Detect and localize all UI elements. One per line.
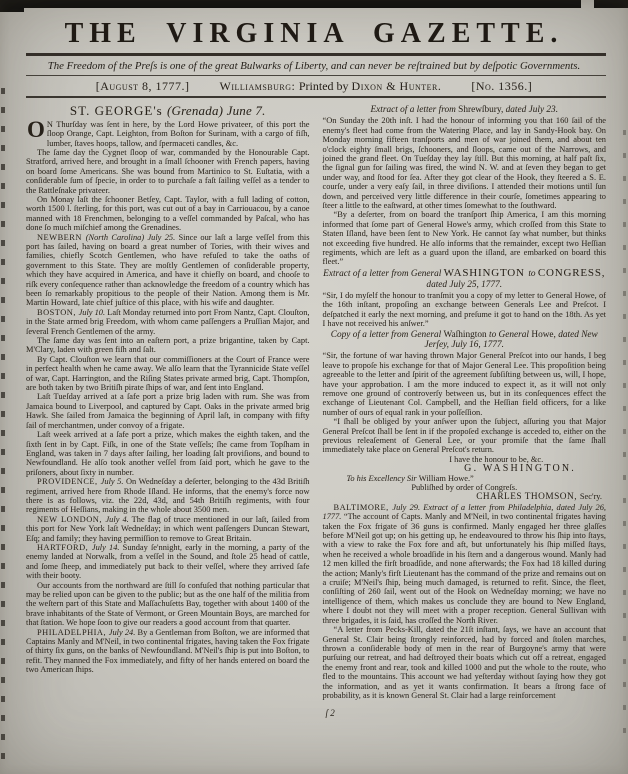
dateline: [August 8, 1777.] Williamsburg: Printed … [0,79,628,94]
article-paragraph: The ſame day the Cygnet ſloop of war, co… [26,148,310,195]
article-paragraph: BOSTON, July 10. Laſt Monday returned in… [26,308,310,336]
text-run: William Howe.” [419,474,474,483]
text-run: PROVIDENCE, [37,477,101,486]
article-paragraph: “By a deſerter, from on board the tranſp… [323,210,607,266]
text-run: “On Sunday the 20th inſt. I had the hono… [323,116,607,210]
text-run: Printed by [299,79,352,93]
drop-cap: O [26,120,47,139]
dateline-issue-number: [No. 1356.] [471,79,532,94]
text-run: Howe, [531,330,558,340]
masthead: THE VIRGINIA GAZETTE. The Freedom of the… [0,0,628,98]
dateline-imprint: Williamsburg: Printed by Dixon & Hunter. [220,79,442,94]
scan-left-edge-marks [1,88,5,766]
article-paragraph: HARTFORD, July 14. Sunday ſe'nnight, ear… [26,543,310,581]
article-paragraph: Copy of a letter from General Waſhington… [323,330,607,350]
text-run: HARTFORD, [37,543,92,552]
text-run: N Thurſday was ſent in here, by the Lord… [47,120,310,148]
article-paragraph: Publiſhed by order of Congreſs. [323,483,607,492]
article-paragraph: “Sir, the fortune of war having thrown M… [323,351,607,417]
text-run: The ſame day the Cygnet ſloop of war, co… [26,148,310,195]
text-run: NEWBERN [37,233,86,242]
signature-mark: ſ 2 [323,709,607,718]
text-run: to [528,269,538,279]
article-paragraph: PROVIDENCE, July 5. On Wedneſday a deſer… [26,477,310,515]
article-paragraph: Extract of a letter from General WASHING… [323,268,607,289]
article-paragraph: PHILADELPHIA, July 24. By a Gentleman fr… [26,628,310,675]
text-run: July 10. [79,308,106,317]
article-heading: ST. GEORGE's (Grenada) June 7. [26,104,310,118]
text-run: (Grenada) June 7. [167,103,266,118]
text-run: Waſhington [444,330,489,340]
article-paragraph: Laſt Tueſday arrived at a ſafe port a pr… [26,392,310,430]
text-run: By Capt. Clouſton we learn that our comm… [26,355,310,392]
text-run: Our accounts from the northward are ſtil… [26,581,310,628]
dateline-date: [August 8, 1777.] [96,79,190,94]
text-run: WASHINGTON [444,267,529,279]
text-run: Copy of a letter from General [331,330,444,340]
text-run: Extract of a letter from General [323,269,444,279]
text-run: The ſame day was ſent into an eaſtern po… [26,336,310,354]
text-run: “A letter from Pecks-Kill, dated the 21ſ… [323,625,607,700]
masthead-motto: The Freedom of the Preſs is one of the g… [0,60,628,72]
article-paragraph: “A letter from Pecks-Kill, dated the 21ſ… [323,625,607,700]
text-run: July 14. [92,543,120,552]
rule-under-dateline [26,96,606,98]
scan-top-edge-artifact [0,0,628,8]
right-column: Extract of a letter from Shrewſbury, dat… [323,104,607,719]
text-run: July 24. [109,628,136,637]
text-run: “By a deſerter, from on board the tranſp… [323,210,607,266]
text-run: BALTIMORE, [334,503,393,512]
article-paragraph: “I ſhall be obliged by your anſwer upon … [323,417,607,455]
rule-under-motto [26,75,606,76]
article-paragraph: NEW LONDON, July 4. The flag of truce me… [26,515,310,543]
text-run: Shrewſbury, [458,105,505,115]
text-run: Sec'ry. [580,492,602,501]
text-run: PHILADELPHIA, [37,628,109,637]
text-run: ſ 2 [326,708,335,718]
text-run: BOSTON, [37,308,79,317]
text-run: CHARLES THOMSON, [476,492,580,502]
text-run: to General [489,330,531,340]
scan-right-edge-marks [623,130,626,740]
article-paragraph: NEWBERN (North Carolina) July 25. Since … [26,233,310,308]
text-run: (North Carolina) July 25. [86,233,175,242]
left-column: ST. GEORGE's (Grenada) June 7.ON Thurſda… [26,104,310,719]
text-run: NEW LONDON, [37,515,105,524]
text-run: dated July 23. [506,105,558,115]
article-paragraph: CHARLES THOMSON, Sec'ry. [323,492,607,502]
text-run: Dixon & Hunter. [352,79,442,93]
rule-under-title [26,53,606,56]
text-run: “I ſhall be obliged by your anſwer upon … [323,417,607,454]
article-paragraph: The ſame day was ſent into an eaſtern po… [26,336,310,355]
newspaper-title: THE VIRGINIA GAZETTE. [0,20,628,48]
text-run: “The account of Capts. Manly and M'Neil,… [323,512,607,624]
article-paragraph: “On Sunday the 20th inſt. I had the hono… [323,116,607,210]
text-run: To his Excellency Sir [347,474,419,483]
article-paragraph: By Capt. Clouſton we learn that our comm… [26,355,310,393]
text-run: July 4. [105,515,128,524]
newspaper-page: THE VIRGINIA GAZETTE. The Freedom of the… [0,0,628,774]
text-run: Laſt week arrived at a ſafe port a prize… [26,430,310,477]
text-run: “Sir, the fortune of war having thrown M… [323,351,607,416]
text-run: Williamsburg: [220,79,299,93]
text-run: dated July 25, 1777. [426,280,502,290]
article-paragraph: On Monay laſt the ſchooner Betſey, Capt.… [26,195,310,233]
article-paragraph: BALTIMORE, July 29. Extract of a letter … [323,503,607,625]
text-run: Extract of a letter from [370,105,458,115]
article-paragraph: Extract of a letter from Shrewſbury, dat… [323,105,607,115]
text-run: G. WASHINGTON. [464,463,576,474]
article-columns: ST. GEORGE's (Grenada) June 7.ON Thurſda… [0,98,628,719]
article-paragraph: To his Excellency Sir William Howe.” [323,474,607,483]
text-run: Since our laſt a large veſſel from this … [26,233,310,308]
text-run: On Monay laſt the ſchooner Betſey, Capt.… [26,195,310,232]
text-run: July 5. [101,477,124,486]
text-run: “Sir, I do myſelf the honour to tranſmit… [323,291,607,328]
text-run: CONGRESS, [538,267,605,279]
article-paragraph: Our accounts from the northward are ſtil… [26,581,310,628]
article-paragraph: “Sir, I do myſelf the honour to tranſmit… [323,291,607,329]
article-paragraph: Laſt week arrived at a ſafe port a prize… [26,430,310,477]
article-paragraph: G. WASHINGTON. [323,464,607,473]
text-run: Publiſhed by order of Congreſs. [411,483,517,492]
text-run: Laſt Tueſday arrived at a ſafe port a pr… [26,392,310,429]
text-run: ST. GEORGE's [70,103,167,118]
article-paragraph: ON Thurſday was ſent in here, by the Lor… [26,120,310,148]
